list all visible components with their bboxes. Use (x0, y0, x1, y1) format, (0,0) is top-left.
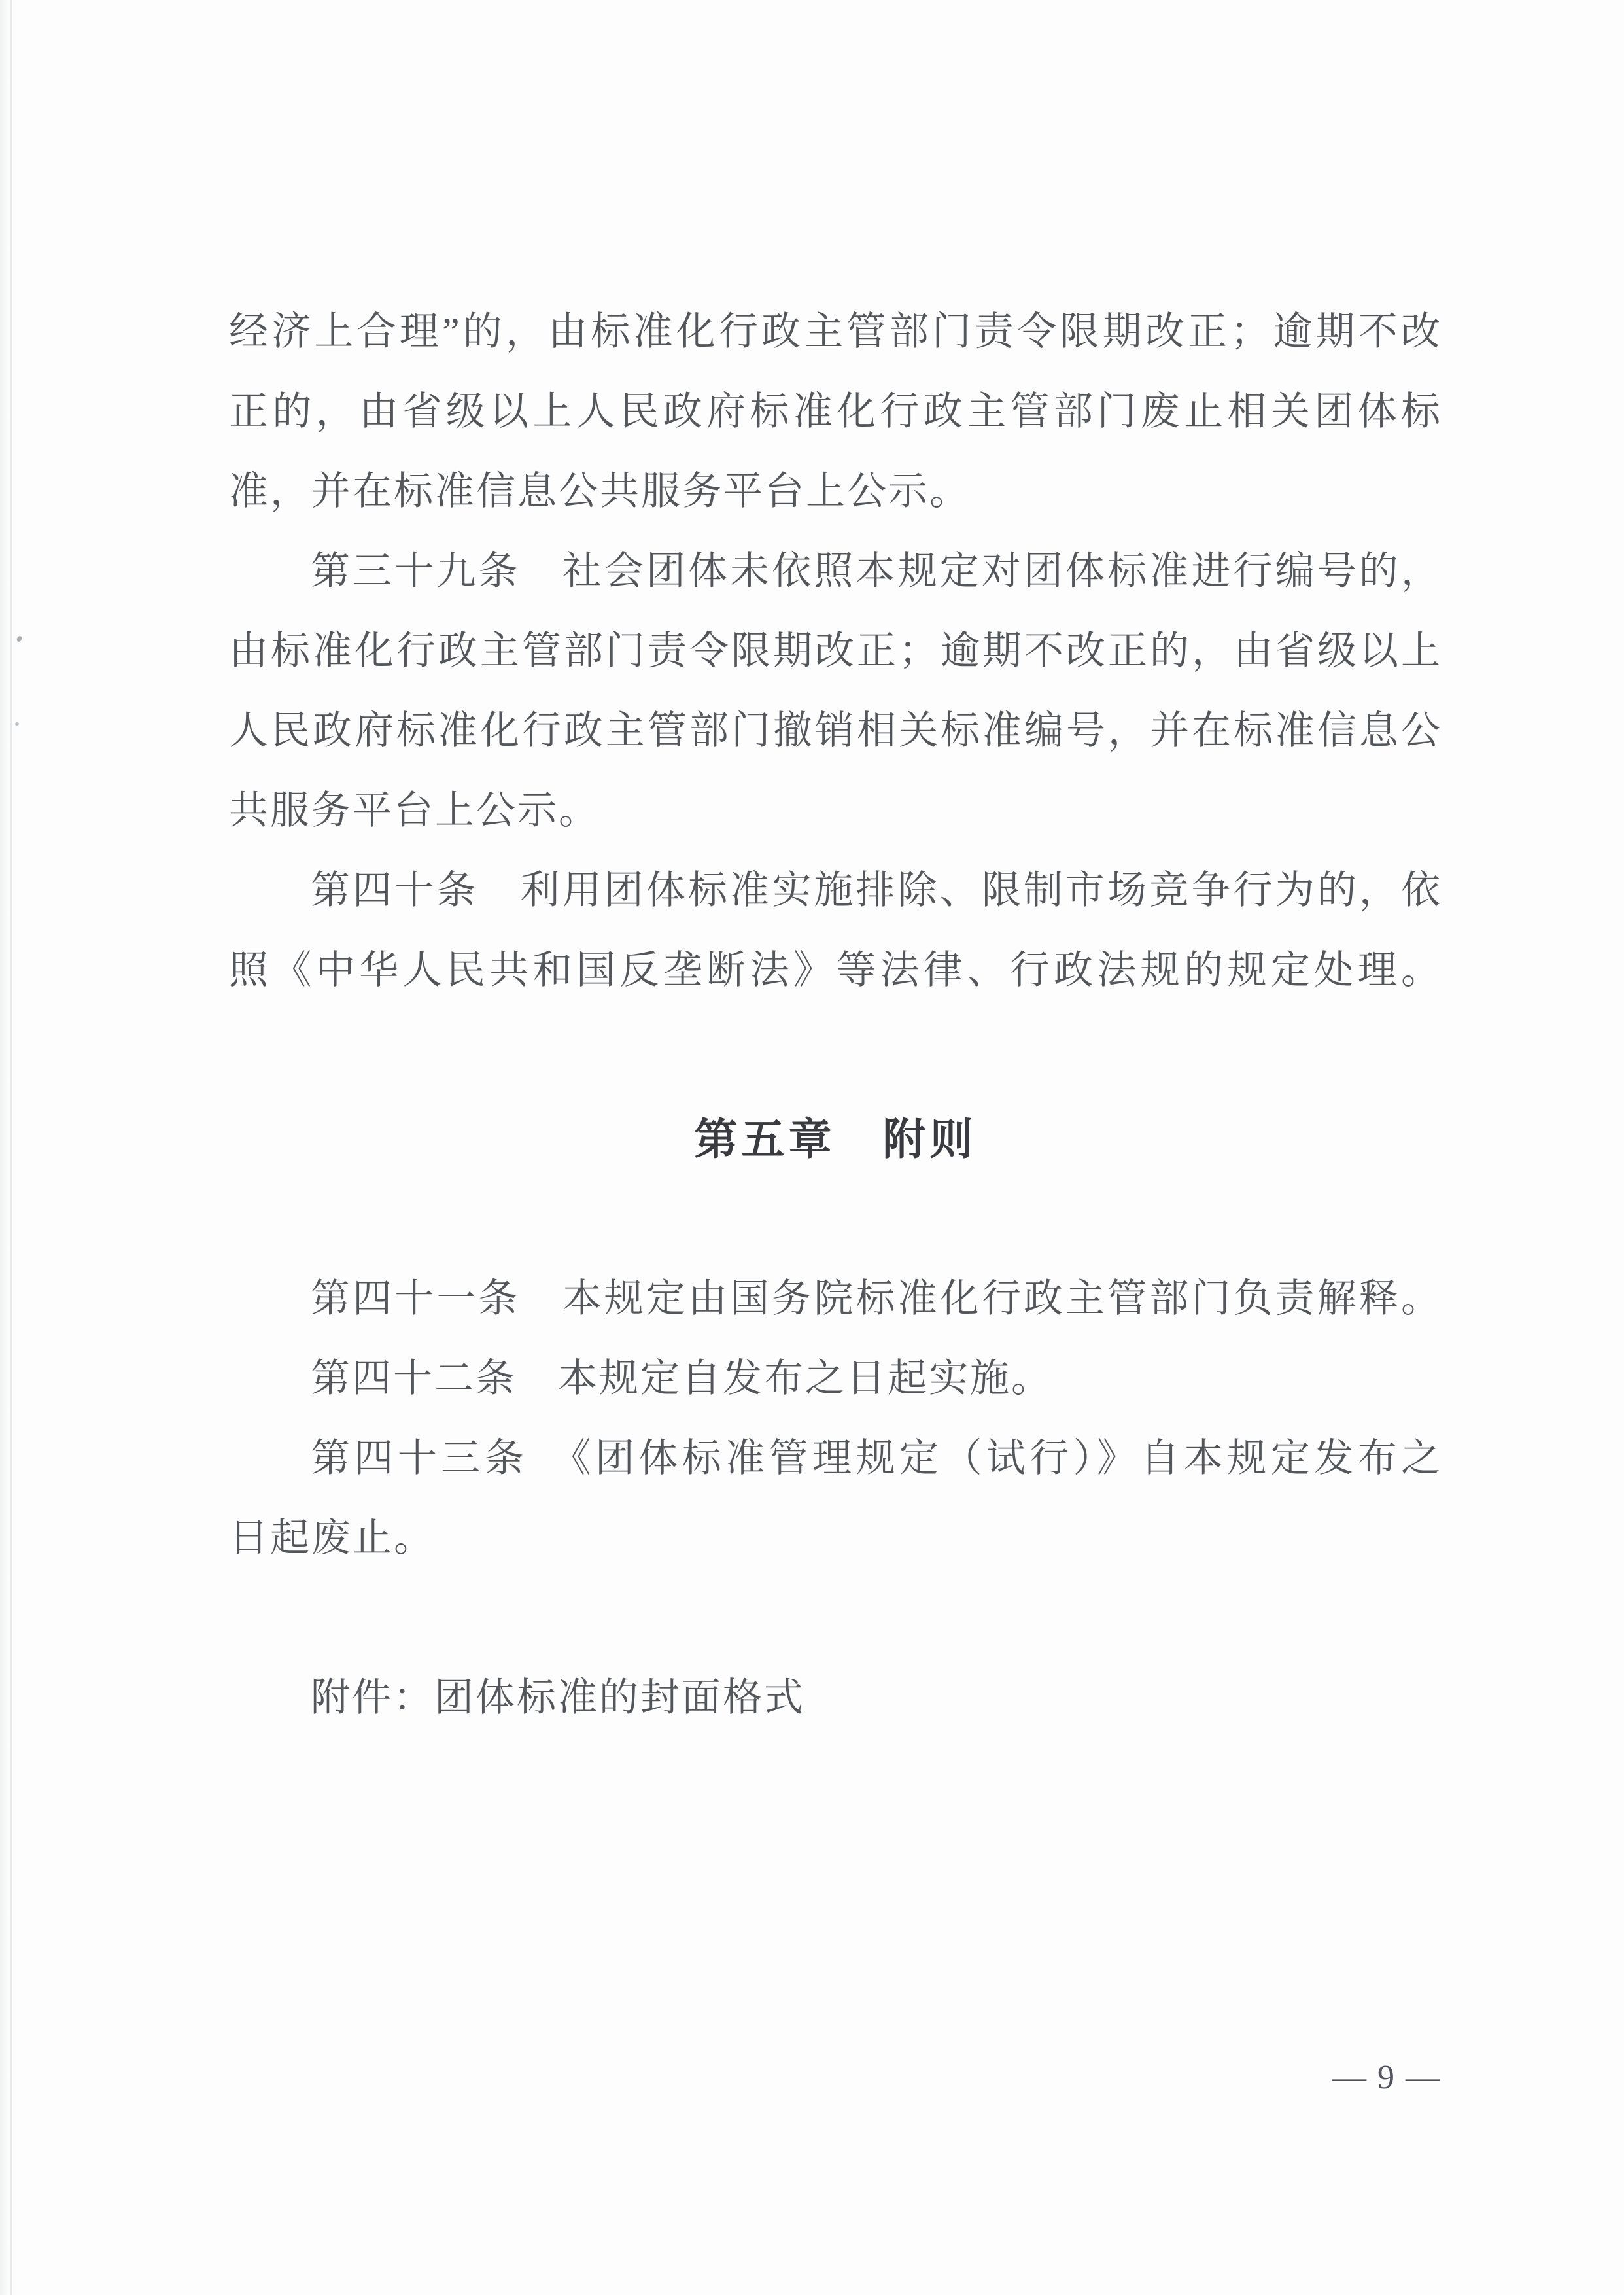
text-line: 第四十三条 《团体标准管理规定（试行）》自本规定发布之 (229, 1418, 1442, 1498)
text-line: 共服务平台上公示。 (229, 771, 1442, 850)
blank-line (229, 1578, 1442, 1658)
text-line: 人民政府标准化行政主管部门撤销相关标准编号，并在标准信息公 (229, 691, 1442, 771)
document-body: 经济上合理”的，由标准化行政主管部门责令限期改正；逾期不改正的，由省级以上人民政… (229, 292, 1442, 1738)
text-line: 准，并在标准信息公共服务平台上公示。 (229, 451, 1442, 531)
text-line: 由标准化行政主管部门责令限期改正；逾期不改正的，由省级以上 (229, 611, 1442, 691)
chapter-heading: 第五章 附则 (229, 1099, 1442, 1179)
scanned-document-page: 经济上合理”的，由标准化行政主管部门责令限期改正；逾期不改正的，由省级以上人民政… (0, 0, 1624, 2295)
text-line: 第四十一条 本规定由国务院标准化行政主管部门负责解释。 (229, 1259, 1442, 1339)
scan-edge-line (10, 0, 12, 2295)
blank-line (229, 1179, 1442, 1259)
attachment-line: 附件：团体标准的封面格式 (229, 1658, 1442, 1738)
text-line: 经济上合理”的，由标准化行政主管部门责令限期改正；逾期不改 (229, 292, 1442, 372)
text-line: 第三十九条 社会团体未依照本规定对团体标准进行编号的， (229, 531, 1442, 611)
blank-line (229, 1010, 1442, 1090)
text-line: 照《中华人民共和国反垄断法》等法律、行政法规的规定处理。 (229, 930, 1442, 1010)
text-line: 正的，由省级以上人民政府标准化行政主管部门废止相关团体标 (229, 372, 1442, 451)
page-number: — 9 — (1311, 2058, 1462, 2097)
text-line: 日起废止。 (229, 1498, 1442, 1578)
scan-speck (15, 722, 19, 726)
scan-speck (16, 635, 22, 642)
scan-edge-band (0, 0, 9, 2295)
text-line: 第四十二条 本规定自发布之日起实施。 (229, 1339, 1442, 1418)
text-line: 第四十条 利用团体标准实施排除、限制市场竞争行为的，依 (229, 850, 1442, 930)
